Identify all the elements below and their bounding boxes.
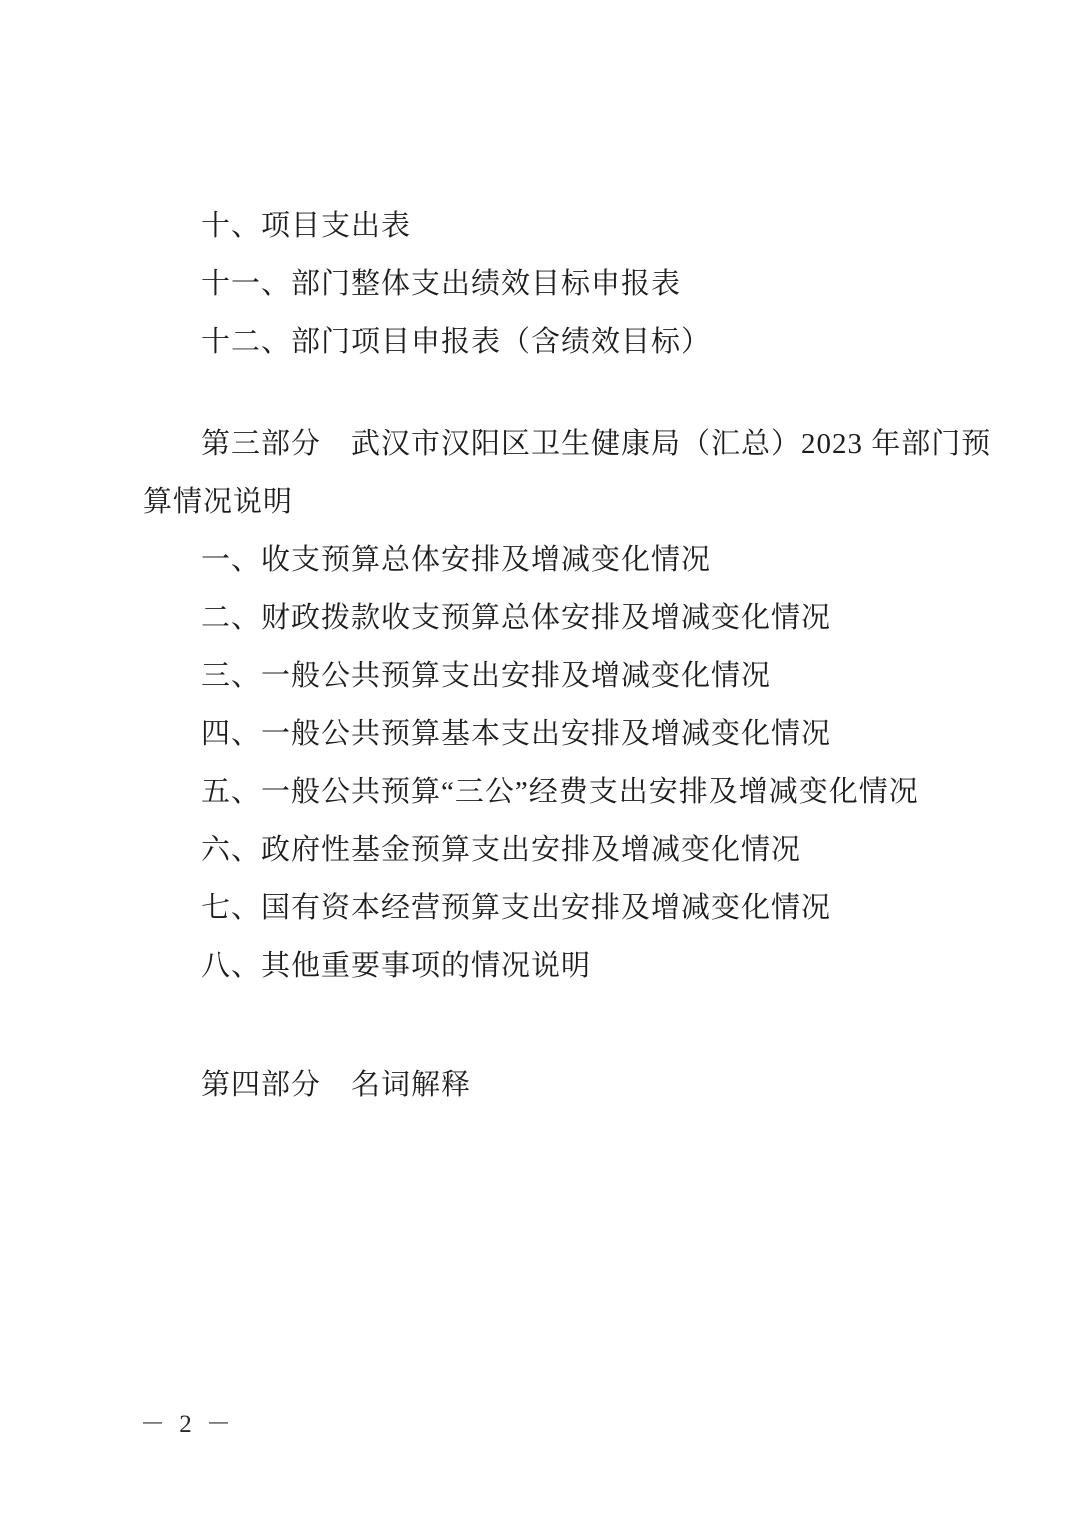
part3-item-4: 四、一般公共预算基本支出安排及增减变化情况 (143, 705, 953, 763)
spacer (143, 995, 953, 1056)
part3-item-6: 六、政府性基金预算支出安排及增减变化情况 (143, 821, 953, 879)
toc-item-12: 十二、部门项目申报表（含绩效目标） (143, 313, 953, 371)
part3-item-1: 一、收支预算总体安排及增减变化情况 (143, 531, 953, 589)
page-number: － 2 － (140, 1404, 235, 1440)
part4-heading: 第四部分 名词解释 (143, 1056, 953, 1114)
document-body: 十、项目支出表 十一、部门整体支出绩效目标申报表 十二、部门项目申报表（含绩效目… (143, 197, 953, 1114)
spacer (143, 371, 953, 415)
part3-item-3: 三、一般公共预算支出安排及增减变化情况 (143, 647, 953, 705)
part3-item-5: 五、一般公共预算“三公”经费支出安排及增减变化情况 (143, 763, 953, 821)
part3-heading-line2: 算情况说明 (143, 473, 953, 531)
part3-item-2: 二、财政拨款收支预算总体安排及增减变化情况 (143, 589, 953, 647)
document-page: 十、项目支出表 十一、部门整体支出绩效目标申报表 十二、部门项目申报表（含绩效目… (0, 0, 1074, 1520)
part3-heading-line1: 第三部分 武汉市汉阳区卫生健康局（汇总）2023 年部门预 (143, 415, 953, 473)
part3-item-7: 七、国有资本经营预算支出安排及增减变化情况 (143, 879, 953, 937)
part3-item-8: 八、其他重要事项的情况说明 (143, 937, 953, 995)
toc-item-10: 十、项目支出表 (143, 197, 953, 255)
toc-item-11: 十一、部门整体支出绩效目标申报表 (143, 255, 953, 313)
